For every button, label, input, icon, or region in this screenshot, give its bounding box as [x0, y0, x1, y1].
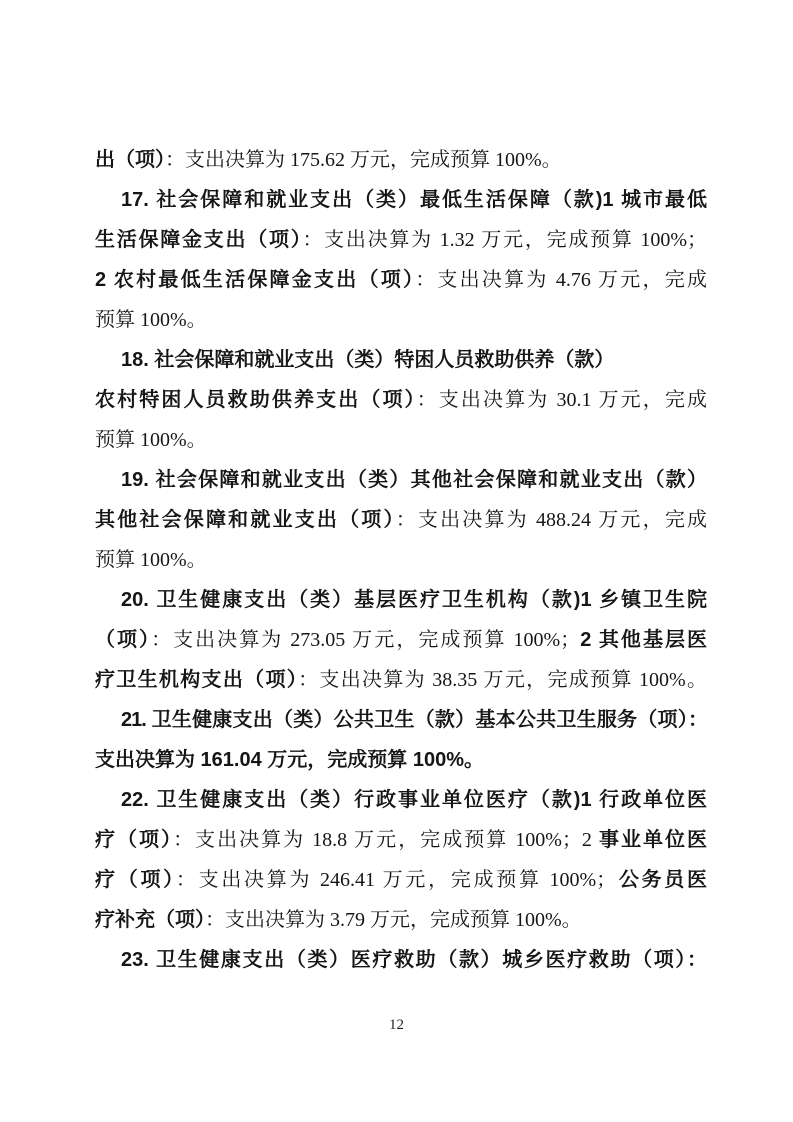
text-line: 23. 卫生健康支出（类）医疗救助（款）城乡医疗救助（项）：: [95, 940, 707, 980]
bold-text-run: 19. 社会保障和就业支出（类）其他社会保障和就业支出（款）: [121, 469, 707, 491]
bold-text-run: 疗补充（项）: [95, 909, 205, 931]
text-line: 疗（项）：支出决算为 18.8 万元，完成预算 100%；2 事业单位医: [95, 820, 707, 860]
regular-text-run: 预算 100%。: [95, 309, 207, 331]
bold-text-run: 21. 卫生健康支出（类）公共卫生（款）基本公共卫生服务（项）：: [121, 709, 707, 731]
document-body: 出（项）：支出决算为 175.62 万元，完成预算 100%。17. 社会保障和…: [95, 140, 707, 980]
text-line: 2 农村最低生活保障金支出（项）：支出决算为 4.76 万元，完成: [95, 260, 707, 300]
regular-text-run: ：支出决算为 18.8 万元，完成预算 100%；2: [173, 829, 599, 851]
text-line: 21. 卫生健康支出（类）公共卫生（款）基本公共卫生服务（项）：: [95, 700, 707, 740]
regular-text-run: ：支出决算为 273.05 万元，完成预算 100%；: [151, 629, 580, 651]
text-line: 22. 卫生健康支出（类）行政事业单位医疗（款)1 行政单位医: [95, 780, 707, 820]
bold-text-run: 22. 卫生健康支出（类）行政事业单位医疗（款)1 行政单位医: [121, 789, 707, 811]
text-line: 预算 100%。: [95, 540, 707, 580]
regular-text-run: ：支出决算为 38.35 万元，完成预算 100%。: [298, 669, 707, 691]
text-line: 预算 100%。: [95, 420, 707, 460]
regular-text-run: ：支出决算为 175.62 万元，完成预算 100%。: [165, 149, 562, 171]
page-number: 12: [0, 1014, 793, 1036]
bold-text-run: 疗卫生机构支出（项）: [95, 669, 298, 691]
paragraph-item-17: 17. 社会保障和就业支出（类）最低生活保障（款)1 城市最低生活保障金支出（项…: [95, 180, 707, 340]
paragraph-item-20: 20. 卫生健康支出（类）基层医疗卫生机构（款)1 乡镇卫生院（项）：支出决算为…: [95, 580, 707, 700]
paragraph-item-23: 23. 卫生健康支出（类）医疗救助（款）城乡医疗救助（项）：: [95, 940, 707, 980]
text-line: 18. 社会保障和就业支出（类）特困人员救助供养（款）: [95, 340, 707, 380]
paragraph-item-22: 22. 卫生健康支出（类）行政事业单位医疗（款)1 行政单位医疗（项）：支出决算…: [95, 780, 707, 940]
regular-text-run: ：支出决算为 488.24 万元，完成: [396, 509, 707, 531]
bold-text-run: 其他社会保障和就业支出（项）: [95, 509, 396, 531]
bold-text-run: 支出决算为 161.04 万元，完成预算 100%。: [95, 749, 484, 771]
text-line: 支出决算为 161.04 万元，完成预算 100%。: [95, 740, 707, 780]
paragraph-item-18: 18. 社会保障和就业支出（类）特困人员救助供养（款）农村特困人员救助供养支出（…: [95, 340, 707, 460]
text-line: 生活保障金支出（项）：支出决算为 1.32 万元，完成预算 100%；: [95, 220, 707, 260]
bold-text-run: 疗（项）: [95, 829, 173, 851]
regular-text-run: ：支出决算为 4.76 万元，完成: [415, 269, 707, 291]
regular-text-run: ：支出决算为 1.32 万元，完成预算 100%；: [302, 229, 707, 251]
bold-text-run: 2 其他基层医: [580, 629, 707, 651]
text-line: 17. 社会保障和就业支出（类）最低生活保障（款)1 城市最低: [95, 180, 707, 220]
regular-text-run: ：支出决算为 3.79 万元，完成预算 100%。: [205, 909, 582, 931]
text-line: 预算 100%。: [95, 300, 707, 340]
bold-text-run: 事业单位医: [599, 829, 707, 851]
bold-text-run: 出（项）: [95, 149, 165, 171]
bold-text-run: 农村特困人员救助供养支出（项）: [95, 389, 417, 411]
bold-text-run: 20. 卫生健康支出（类）基层医疗卫生机构（款)1 乡镇卫生院: [121, 589, 707, 611]
bold-text-run: 17. 社会保障和就业支出（类）最低生活保障（款)1 城市最低: [121, 189, 707, 211]
bold-text-run: （项）: [95, 629, 151, 651]
paragraph-item-16-continuation: 出（项）：支出决算为 175.62 万元，完成预算 100%。: [95, 140, 707, 180]
regular-text-run: 预算 100%。: [95, 429, 207, 451]
paragraph-item-19: 19. 社会保障和就业支出（类）其他社会保障和就业支出（款）其他社会保障和就业支…: [95, 460, 707, 580]
text-line: 疗卫生机构支出（项）：支出决算为 38.35 万元，完成预算 100%。: [95, 660, 707, 700]
text-line: 其他社会保障和就业支出（项）：支出决算为 488.24 万元，完成: [95, 500, 707, 540]
text-line: 出（项）：支出决算为 175.62 万元，完成预算 100%。: [95, 140, 707, 180]
bold-text-run: 公务员医: [616, 869, 707, 891]
text-line: 疗（项）：支出决算为 246.41 万元，完成预算 100%；公务员医: [95, 860, 707, 900]
bold-text-run: 生活保障金支出（项）: [95, 229, 302, 251]
regular-text-run: ：支出决算为 246.41 万元，完成预算 100%；: [176, 869, 616, 891]
bold-text-run: 疗（项）: [95, 869, 176, 891]
text-line: 19. 社会保障和就业支出（类）其他社会保障和就业支出（款）: [95, 460, 707, 500]
bold-text-run: 23. 卫生健康支出（类）医疗救助（款）城乡医疗救助（项）：: [121, 949, 707, 971]
regular-text-run: ：支出决算为 30.1 万元，完成: [417, 389, 707, 411]
bold-text-run: 2 农村最低生活保障金支出（项）: [95, 269, 415, 291]
text-line: 疗补充（项）：支出决算为 3.79 万元，完成预算 100%。: [95, 900, 707, 940]
text-line: （项）：支出决算为 273.05 万元，完成预算 100%；2 其他基层医: [95, 620, 707, 660]
regular-text-run: 预算 100%。: [95, 549, 207, 571]
paragraph-item-21: 21. 卫生健康支出（类）公共卫生（款）基本公共卫生服务（项）：支出决算为 16…: [95, 700, 707, 780]
bold-text-run: 18. 社会保障和就业支出（类）特困人员救助供养（款）: [121, 349, 614, 371]
text-line: 20. 卫生健康支出（类）基层医疗卫生机构（款)1 乡镇卫生院: [95, 580, 707, 620]
text-line: 农村特困人员救助供养支出（项）：支出决算为 30.1 万元，完成: [95, 380, 707, 420]
document-page: 出（项）：支出决算为 175.62 万元，完成预算 100%。17. 社会保障和…: [0, 0, 793, 1122]
